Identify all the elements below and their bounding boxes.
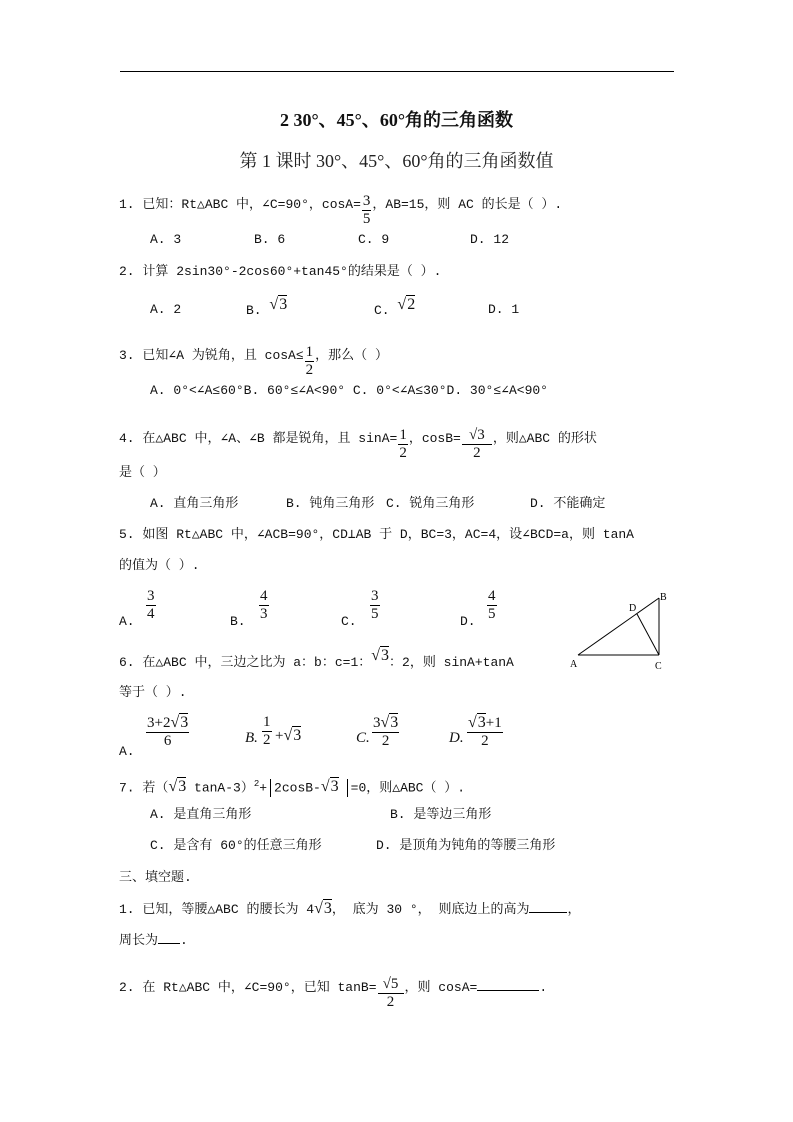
option-b-fraction[interactable]: 43: [259, 588, 269, 623]
fraction: 12: [305, 344, 315, 379]
question-number: 2.: [119, 980, 135, 995]
question-1: 1. 已知：Rt△ABC 中，∠C=90°，cosA=35，AB=15，则 AC…: [119, 187, 562, 222]
fraction: √52: [378, 976, 404, 1011]
question-5-line2: 的值为（ ）.: [119, 556, 200, 576]
option-d[interactable]: D. 不能确定: [530, 494, 605, 514]
triangle-figure: A C B D: [566, 588, 676, 672]
question-number: 2.: [119, 264, 135, 279]
question-text: 在△ABC 中，∠A、∠B 都是锐角，且 sinA=: [142, 431, 397, 446]
option-c[interactable]: C. 是含有 60°的任意三角形: [150, 836, 322, 856]
question-number: 6.: [119, 655, 135, 670]
option-b[interactable]: B. 钝角三角形: [286, 494, 374, 514]
question-text: ，cosB=: [409, 431, 461, 446]
question-number: 1.: [119, 197, 135, 212]
option-a[interactable]: A. 直角三角形: [150, 494, 238, 514]
question-number: 3.: [119, 348, 135, 363]
option-b-tail[interactable]: +√3: [275, 726, 301, 746]
option-d-label[interactable]: D.: [449, 728, 464, 748]
sqrt-expression: √3: [314, 899, 332, 919]
question-text: ：2，则 sinA+tanA: [389, 655, 514, 670]
option-c[interactable]: C. √2: [374, 300, 415, 321]
option-d[interactable]: D. 1: [488, 300, 519, 320]
sqrt-expression: √3: [371, 646, 389, 666]
option-d-expression[interactable]: √3+12: [467, 714, 503, 750]
option-c[interactable]: C. 锐角三角形: [386, 494, 474, 514]
option-c[interactable]: C. 9: [358, 230, 389, 250]
fill-question-2: 2. 在 Rt△ABC 中，∠C=90°，已知 tanB=√52，则 cosA=…: [119, 970, 547, 1005]
fraction: 12: [398, 427, 408, 462]
option-b[interactable]: B. 是等边三角形: [390, 805, 491, 825]
vertex-label-a: A: [570, 659, 578, 670]
question-text: 已知：Rt△ABC 中，∠C=90°，cosA=: [142, 197, 360, 212]
question-5-options: A. 34 B. 43 C. 35 D. 45: [119, 590, 579, 630]
absolute-value-bar: [347, 779, 348, 797]
question-text: 如图 Rt△ABC 中，∠ACB=90°，CD⊥AB 于 D，BC=3，AC=4…: [142, 527, 634, 542]
fraction: √32: [462, 427, 492, 462]
question-number: 5.: [119, 527, 135, 542]
worksheet-page: 2 30°、45°、60°角的三角函数 第 1 课时 30°、45°、60°角的…: [0, 0, 793, 1122]
option-c-label[interactable]: C.: [356, 728, 370, 748]
option-b-label[interactable]: B.: [245, 728, 258, 748]
question-6-line2: 等于（ ）.: [119, 683, 187, 703]
vertex-label-c: C: [655, 661, 662, 672]
right-triangle-diagram: A C B D: [566, 588, 676, 672]
question-4: 4. 在△ABC 中，∠A、∠B 都是锐角，且 sinA=12，cosB=√32…: [119, 421, 597, 456]
option-c-label[interactable]: C.: [341, 612, 357, 632]
option-b-fraction[interactable]: 12: [262, 714, 272, 749]
question-2: 2. 计算 2sin30°-2cos60°+tan45°的结果是（ ）.: [119, 262, 441, 282]
sqrt-expression: √2: [397, 295, 415, 315]
option-a[interactable]: A. 2: [150, 300, 181, 320]
question-7: 7. 若（√3 tanA-3）2+2cosB-√3=0，则△ABC（ ）.: [119, 774, 465, 798]
sqrt-expression: √3: [321, 777, 339, 797]
option-a[interactable]: A. 是直角三角形: [150, 805, 251, 825]
sqrt-expression: √3: [168, 777, 186, 797]
option-d[interactable]: D. 是顶角为钝角的等腰三角形: [376, 836, 555, 856]
option-a-expression[interactable]: 3+2√36: [146, 714, 189, 750]
question-text: 在△ABC 中，三边之比为 a：b：c=1：: [142, 655, 371, 670]
question-5: 5. 如图 Rt△ABC 中，∠ACB=90°，CD⊥AB 于 D，BC=3，A…: [119, 525, 634, 545]
question-text: ，那么（ ）: [315, 348, 388, 363]
answer-blank-cosA[interactable]: [477, 977, 539, 991]
sqrt-expression: √3: [269, 295, 287, 315]
section-heading: 三、填空题.: [119, 868, 192, 888]
answer-blank-height[interactable]: [529, 899, 567, 913]
option-a-fraction[interactable]: 34: [146, 588, 156, 623]
fill-question-1-line2: 周长为.: [119, 930, 188, 951]
vertex-label-d: D: [629, 603, 636, 614]
answer-blank-perimeter[interactable]: [158, 930, 180, 944]
option-a[interactable]: A. 3: [150, 230, 181, 250]
option-c-expression[interactable]: 3√32: [372, 714, 399, 750]
question-4-line2: 是（ ）: [119, 463, 166, 483]
question-3-options[interactable]: A. 0°<∠A≤60°B. 60°≤∠A<90° C. 0°<∠A≤30°D.…: [150, 381, 548, 401]
option-d[interactable]: D. 12: [470, 230, 509, 250]
option-d-fraction[interactable]: 45: [487, 588, 497, 623]
document-title: 2 30°、45°、60°角的三角函数: [0, 106, 793, 132]
option-a-label[interactable]: A.: [119, 742, 135, 762]
question-6-options: A. 3+2√36 B. 12 +√3 C. 3√32 D. √3+12: [119, 716, 539, 762]
question-text: ，则△ABC 的形状: [493, 431, 597, 446]
header-rule: [120, 71, 674, 72]
option-d-label[interactable]: D.: [460, 612, 476, 632]
option-b[interactable]: B. 6: [254, 230, 285, 250]
question-number: 4.: [119, 431, 135, 446]
document-subtitle: 第 1 课时 30°、45°、60°角的三角函数值: [0, 147, 793, 173]
fill-question-1: 1. 已知，等腰△ABC 的腰长为 4√3， 底为 30 °， 则底边上的高为，: [119, 899, 580, 920]
question-text: ，AB=15，则 AC 的长是（ ）.: [372, 197, 562, 212]
question-number: 7.: [119, 780, 135, 795]
option-b-label[interactable]: B.: [230, 612, 246, 632]
question-3: 3. 已知∠A 为锐角，且 cosA≤12，那么（ ）: [119, 338, 388, 373]
absolute-value-bar: [270, 779, 271, 797]
question-6: 6. 在△ABC 中，三边之比为 a：b：c=1：√3：2，则 sinA+tan…: [119, 652, 514, 673]
option-c-fraction[interactable]: 35: [370, 588, 380, 623]
question-number: 1.: [119, 902, 135, 917]
option-b[interactable]: B. √3: [246, 300, 287, 321]
vertex-label-b: B: [660, 592, 667, 603]
question-text: 计算 2sin30°-2cos60°+tan45°的结果是（ ）.: [142, 264, 441, 279]
question-text: 已知∠A 为锐角，且 cosA≤: [142, 348, 303, 363]
fraction: 35: [362, 193, 372, 228]
option-a-label[interactable]: A.: [119, 612, 135, 632]
